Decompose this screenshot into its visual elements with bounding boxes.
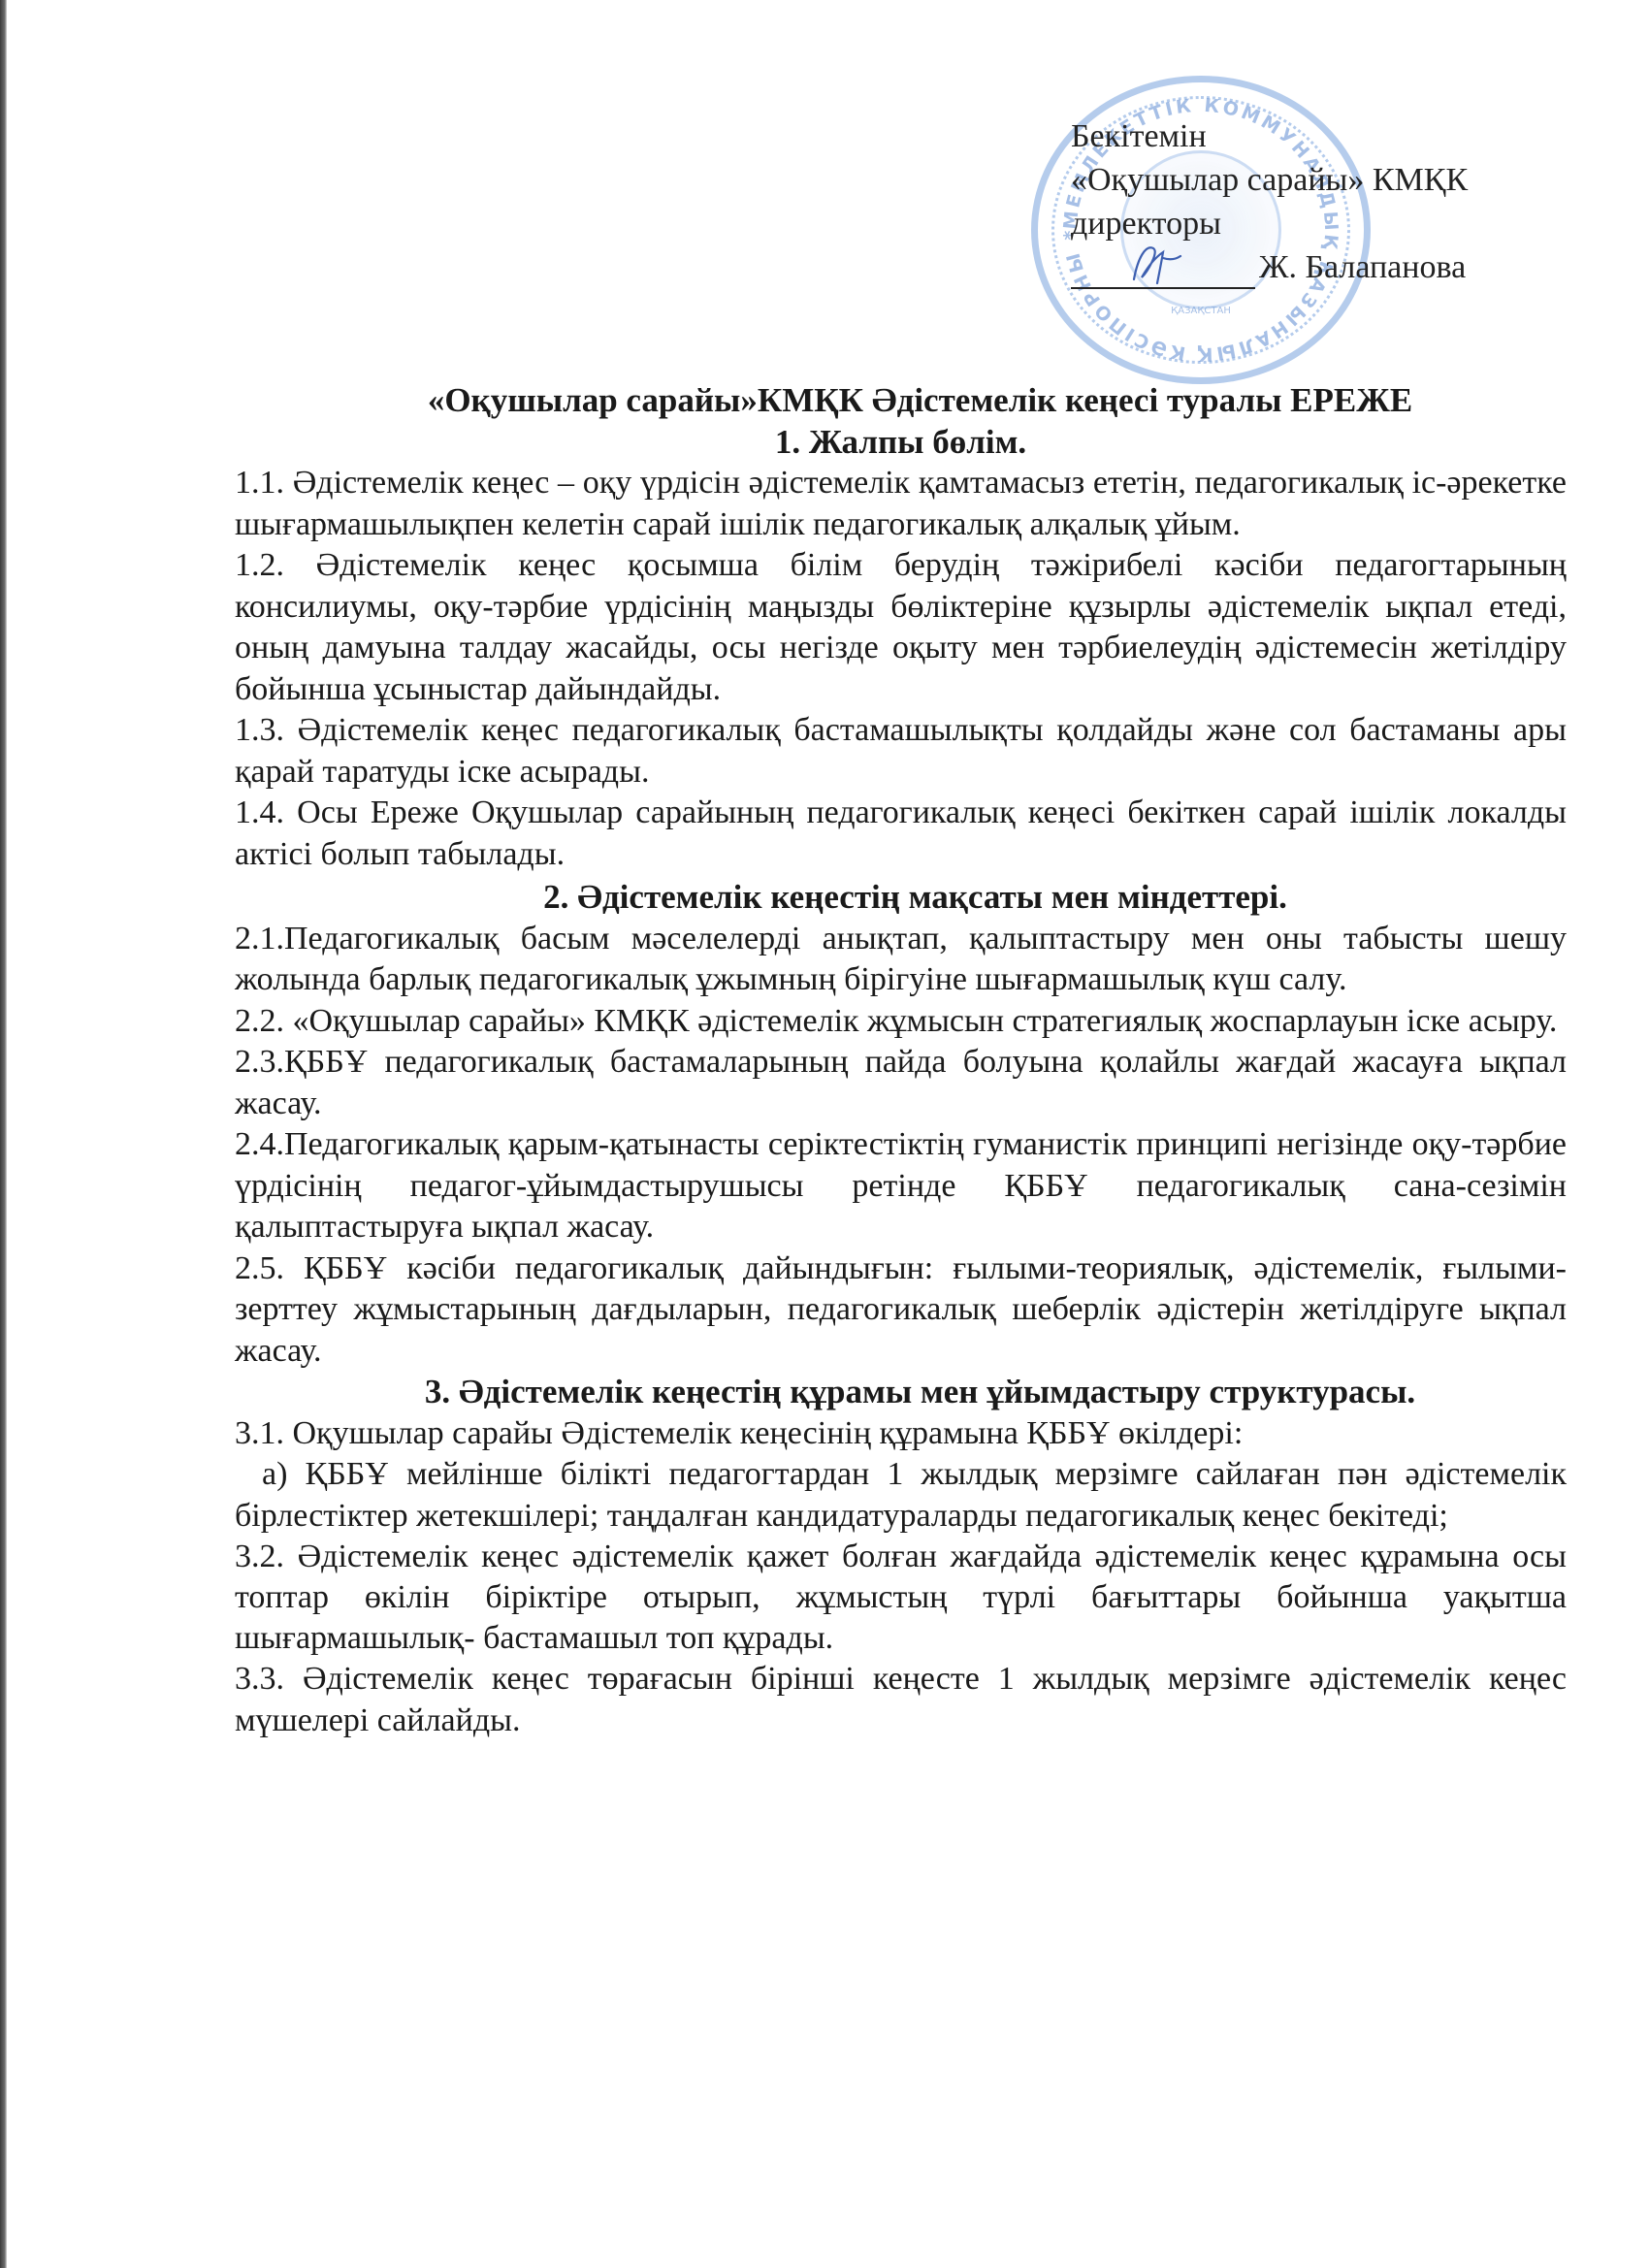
paragraph-2-3: 2.3.ҚББҰ педагогикалық бастамаларының па… (235, 1042, 1567, 1124)
section-2-heading: 2. Әдістемелік кеңестің мақсаты мен мінд… (235, 877, 1567, 919)
document-title: «Оқушылар сарайы»КМҚК Әдістемелік кеңесі… (235, 380, 1567, 422)
paragraph-2-1: 2.1.Педагогикалық басым мәселелерді анық… (235, 919, 1567, 1001)
document-body: «Оқушылар сарайы»КМҚК Әдістемелік кеңесі… (235, 380, 1567, 1741)
scan-page-edge (0, 0, 7, 2268)
paragraph-2-5: 2.5. ҚББҰ кәсіби педагогикалық дайындығы… (235, 1248, 1567, 1373)
paragraph-1-3: 1.3. Әдістемелік кеңес педагогикалық бас… (235, 710, 1567, 793)
section-1-heading: 1. Жалпы бөлім. (235, 422, 1567, 464)
paragraph-2-2: 2.2. «Оқушылар сарайы» КМҚК әдістемелік … (235, 1001, 1567, 1043)
paragraph-1-4: 1.4. Осы Ереже Оқушылар сарайының педаго… (235, 793, 1567, 875)
section-3-heading: 3. Әдістемелік кеңестің құрамы мен ұйымд… (235, 1372, 1567, 1413)
approval-label: Бекітемін (1071, 114, 1468, 158)
stamp-inner-text: ҚАЗАҚСТАН (1171, 306, 1231, 316)
approval-organization: «Оқушылар сарайы» КМҚК (1071, 158, 1468, 202)
paragraph-1-1: 1.1. Әдістемелік кеңес – оқу үрдісін әді… (235, 463, 1567, 545)
signature-line (1071, 250, 1255, 289)
paragraph-2-4: 2.4.Педагогикалық қарым-қатынасты серікт… (235, 1124, 1567, 1248)
paragraph-3-1: 3.1. Оқушылар сарайы Әдістемелік кеңесін… (235, 1413, 1567, 1455)
approval-signer: Ж. Балапанова (1259, 245, 1466, 289)
paragraph-1-2: 1.2. Әдістемелік кеңес қосымша білім бер… (235, 545, 1567, 710)
paragraph-3-2: 3.2. Әдістемелік кеңес әдістемелік қажет… (235, 1537, 1567, 1659)
signature-icon (1124, 239, 1192, 287)
signature-row: Ж. Балапанова (1071, 245, 1468, 289)
paragraph-3-3: 3.3. Әдістемелік кеңес төрағасын бірінші… (235, 1659, 1567, 1741)
paragraph-3-1-a: а) ҚББҰ мейлінше білікті педагогтардан 1… (235, 1454, 1567, 1537)
approval-block: Бекітемін «Оқушылар сарайы» КМҚК директо… (1071, 114, 1468, 289)
